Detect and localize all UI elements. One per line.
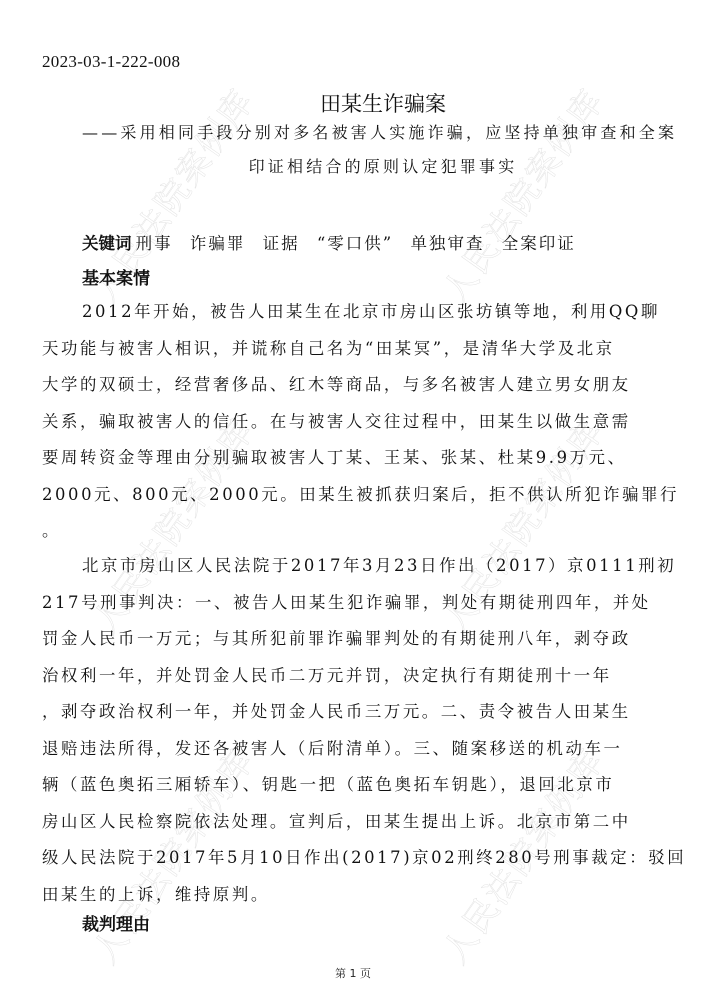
keyword: 刑事	[136, 234, 173, 253]
keywords-row: 关键词 刑事 诈骗罪 证据 “零口供” 单独审查 全案印证	[82, 230, 586, 254]
text-line: 北京市房山区人民法院于2017年3月23日作出（2017）京0111刑初	[42, 548, 666, 585]
section-heading-basic-facts: 基本案情	[82, 264, 150, 289]
case-number: 2023-03-1-222-008	[42, 52, 180, 72]
keyword: 证据	[263, 234, 300, 253]
keyword: 诈骗罪	[190, 234, 246, 253]
keyword: 全案印证	[502, 234, 576, 253]
text-line: 大学的双硕士，经营奢侈品、红木等商品，与多名被害人建立男女朋友	[42, 367, 666, 404]
text-line: 治权利一年，并处罚金人民币二万元并罚，决定执行有期徒刑十一年	[42, 658, 666, 695]
text-line: 2012年开始，被告人田某生在北京市房山区张坊镇等地，利用QQ聊	[42, 294, 666, 331]
text-line: 辆（蓝色奥拓三厢轿车）、钥匙一把（蓝色奥拓车钥匙），退回北京市	[42, 767, 666, 804]
text-line: 田某生的上诉，维持原判。	[42, 877, 666, 914]
document-subtitle-line-2: 印证相结合的原则认定犯罪事实	[0, 154, 706, 177]
keyword: 单独审查	[411, 234, 485, 253]
text-line: 217号刑事判决：一、被告人田某生犯诈骗罪，判处有期徒刑四年，并处	[42, 585, 666, 622]
page-number: 第 1 页	[0, 965, 706, 981]
text-line: ，剥夺政治权利一年，并处罚金人民币三万元。二、责令被告人田某生	[42, 694, 666, 731]
text-line: 天功能与被害人相识，并谎称自己名为“田某冥”，是清华大学及北京	[42, 331, 666, 368]
text-line: 要周转资金等理由分别骗取被害人丁某、王某、张某、杜某9.9万元、	[42, 440, 666, 477]
text-line: 级人民法院于2017年5月10日作出(2017)京02刑终280号刑事裁定：驳回	[42, 840, 666, 877]
paragraph-judgment: 北京市房山区人民法院于2017年3月23日作出（2017）京0111刑初 217…	[42, 548, 666, 913]
document-title: 田某生诈骗案	[0, 88, 706, 118]
paragraph-facts: 2012年开始，被告人田某生在北京市房山区张坊镇等地，利用QQ聊 天功能与被害人…	[42, 294, 666, 550]
text-line: 2000元、800元、2000元。田某生被抓获归案后，拒不供认所犯诈骗罪行	[42, 477, 666, 514]
keywords-label: 关键词	[82, 234, 132, 253]
keyword: “零口供”	[317, 234, 393, 253]
text-line: 罚金人民币一万元；与其所犯前罪诈骗罪判处的有期徒刑八年，剥夺政	[42, 621, 666, 658]
text-line: 关系，骗取被害人的信任。在与被害人交往过程中，田某生以做生意需	[42, 404, 666, 441]
document-subtitle-line-1: ——采用相同手段分别对多名被害人实施诈骗，应坚持单独审查和全案	[82, 120, 677, 143]
document-page: 人民法院案例库 人民法院案例库 人民法院案例库 人民法院案例库 人民法院案例库 …	[0, 0, 706, 999]
section-heading-reasoning: 裁判理由	[82, 910, 150, 935]
text-line: 退赔违法所得，发还各被害人（后附清单）。三、随案移送的机动车一	[42, 731, 666, 768]
text-line: 房山区人民检察院依法处理。宣判后，田某生提出上诉。北京市第二中	[42, 804, 666, 841]
keywords-list: 刑事 诈骗罪 证据 “零口供” 单独审查 全案印证	[136, 234, 586, 253]
text-line: 。	[42, 513, 666, 550]
